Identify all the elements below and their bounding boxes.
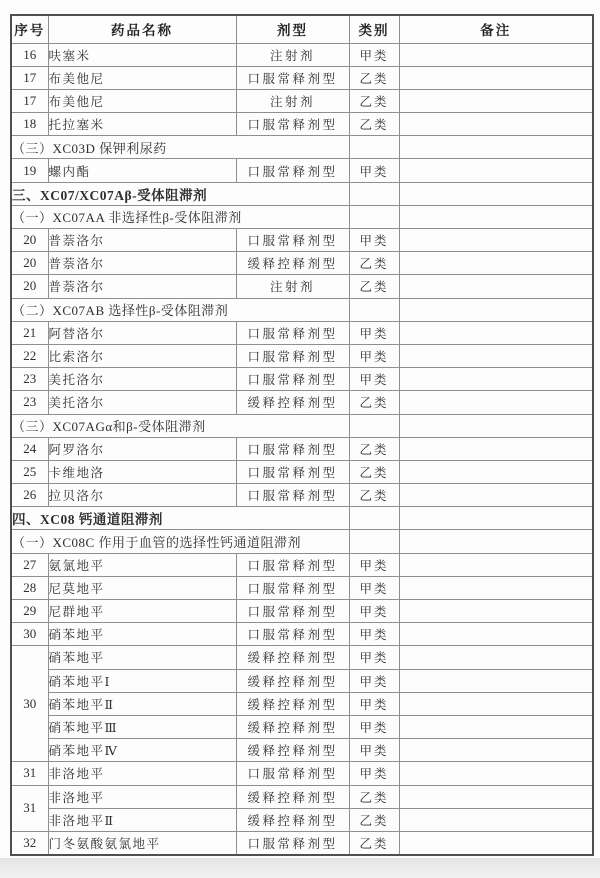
cell-dosage-form: 缓释控释剂型 <box>236 808 349 831</box>
cell-category <box>349 298 399 321</box>
cell-drug-name: 呋塞米 <box>48 43 236 66</box>
cell-remarks <box>399 391 593 414</box>
cell-remarks <box>399 89 593 112</box>
cell-drug-name: 氨氯地平 <box>48 553 236 576</box>
cell-dosage-form: 口服常释剂型 <box>236 623 349 646</box>
table-row: 31非洛地平口服常释剂型甲类 <box>11 762 593 785</box>
cell-remarks <box>399 669 593 692</box>
cell-category <box>349 182 399 205</box>
cell-serial-number: 20 <box>11 229 48 252</box>
cell-drug-name: 尼群地平 <box>48 600 236 623</box>
cell-drug-name: 阿罗洛尔 <box>48 437 236 460</box>
cell-remarks <box>399 831 593 854</box>
cell-category: 甲类 <box>349 692 399 715</box>
table-row: 29尼群地平口服常释剂型甲类 <box>11 600 593 623</box>
cell-serial-number: 29 <box>11 600 48 623</box>
section-label: 三、XC07/XC07Aβ-受体阻滞剂 <box>11 182 349 205</box>
cell-serial-number: 25 <box>11 460 48 483</box>
table-row: 20普萘洛尔缓释控释剂型乙类 <box>11 252 593 275</box>
cell-dosage-form: 口服常释剂型 <box>236 229 349 252</box>
cell-serial-number: 31 <box>11 762 48 785</box>
cell-remarks <box>399 136 593 159</box>
scan-edge-shadow <box>0 858 600 878</box>
cell-serial-number: 18 <box>11 113 48 136</box>
section-row: （一）XC07AA 非选择性β-受体阻滞剂 <box>11 205 593 228</box>
cell-category: 乙类 <box>349 275 399 298</box>
cell-drug-name: 普萘洛尔 <box>48 229 236 252</box>
cell-category <box>349 205 399 228</box>
cell-category: 甲类 <box>349 229 399 252</box>
section-row: 四、XC08 钙通道阻滞剂 <box>11 507 593 530</box>
table-row: 23美托洛尔口服常释剂型甲类 <box>11 368 593 391</box>
table-row: 硝苯地平Ⅱ缓释控释剂型甲类 <box>11 692 593 715</box>
cell-drug-name: 硝苯地平 <box>48 646 236 669</box>
cell-serial-number: 24 <box>11 437 48 460</box>
cell-dosage-form: 口服常释剂型 <box>236 344 349 367</box>
cell-remarks <box>399 553 593 576</box>
cell-dosage-form: 缓释控释剂型 <box>236 252 349 275</box>
cell-serial-number: 23 <box>11 368 48 391</box>
table-row: 硝苯地平Ⅰ缓释控释剂型甲类 <box>11 669 593 692</box>
cell-drug-name: 比索洛尔 <box>48 344 236 367</box>
cell-dosage-form: 注射剂 <box>236 43 349 66</box>
cell-dosage-form: 注射剂 <box>236 89 349 112</box>
table-row: 23美托洛尔缓释控释剂型乙类 <box>11 391 593 414</box>
table-row: 20普萘洛尔注射剂乙类 <box>11 275 593 298</box>
section-row: （二）XC07AB 选择性β-受体阻滞剂 <box>11 298 593 321</box>
cell-dosage-form: 口服常释剂型 <box>236 831 349 854</box>
cell-category: 甲类 <box>349 321 399 344</box>
cell-remarks <box>399 43 593 66</box>
cell-remarks <box>399 275 593 298</box>
cell-dosage-form: 缓释控释剂型 <box>236 391 349 414</box>
cell-dosage-form: 缓释控释剂型 <box>236 785 349 808</box>
cell-remarks <box>399 414 593 437</box>
cell-drug-name: 螺内酯 <box>48 159 236 182</box>
cell-remarks <box>399 762 593 785</box>
cell-category: 甲类 <box>349 576 399 599</box>
table-row: 32门冬氨酸氨氯地平口服常释剂型乙类 <box>11 831 593 854</box>
table-row: 16呋塞米注射剂甲类 <box>11 43 593 66</box>
table-row: 17布美他尼注射剂乙类 <box>11 89 593 112</box>
cell-dosage-form: 口服常释剂型 <box>236 553 349 576</box>
cell-drug-name: 阿替洛尔 <box>48 321 236 344</box>
drug-table: 序号 药品名称 剂型 类别 备注 16呋塞米注射剂甲类17布美他尼口服常释剂型乙… <box>10 14 594 856</box>
cell-category <box>349 136 399 159</box>
cell-remarks <box>399 344 593 367</box>
cell-remarks <box>399 739 593 762</box>
cell-category: 乙类 <box>349 252 399 275</box>
cell-remarks <box>399 484 593 507</box>
cell-remarks <box>399 321 593 344</box>
table-row: 硝苯地平Ⅳ缓释控释剂型甲类 <box>11 739 593 762</box>
cell-serial-number: 20 <box>11 252 48 275</box>
cell-serial-number: 22 <box>11 344 48 367</box>
cell-category: 甲类 <box>349 762 399 785</box>
cell-drug-name: 布美他尼 <box>48 66 236 89</box>
cell-serial-number: 26 <box>11 484 48 507</box>
table-row: 30硝苯地平缓释控释剂型甲类 <box>11 646 593 669</box>
cell-drug-name: 美托洛尔 <box>48 391 236 414</box>
table-row: 28尼莫地平口服常释剂型甲类 <box>11 576 593 599</box>
cell-dosage-form: 口服常释剂型 <box>236 484 349 507</box>
cell-category: 乙类 <box>349 460 399 483</box>
drug-table-body: 16呋塞米注射剂甲类17布美他尼口服常释剂型乙类17布美他尼注射剂乙类18托拉塞… <box>11 43 593 855</box>
cell-drug-name: 门冬氨酸氨氯地平 <box>48 831 236 854</box>
cell-serial-number: 30 <box>11 623 48 646</box>
section-label: （一）XC07AA 非选择性β-受体阻滞剂 <box>11 205 349 228</box>
cell-category: 乙类 <box>349 391 399 414</box>
table-row: 30硝苯地平口服常释剂型甲类 <box>11 623 593 646</box>
table-row: 27氨氯地平口服常释剂型甲类 <box>11 553 593 576</box>
table-row: 31非洛地平缓释控释剂型乙类 <box>11 785 593 808</box>
cell-category: 甲类 <box>349 739 399 762</box>
section-label: （二）XC07AB 选择性β-受体阻滞剂 <box>11 298 349 321</box>
cell-remarks <box>399 785 593 808</box>
cell-dosage-form: 口服常释剂型 <box>236 576 349 599</box>
cell-dosage-form: 缓释控释剂型 <box>236 739 349 762</box>
cell-dosage-form: 口服常释剂型 <box>236 762 349 785</box>
cell-drug-name: 硝苯地平Ⅱ <box>48 692 236 715</box>
cell-remarks <box>399 530 593 553</box>
table-row: 20普萘洛尔口服常释剂型甲类 <box>11 229 593 252</box>
cell-dosage-form: 缓释控释剂型 <box>236 669 349 692</box>
table-row: 18托拉塞米口服常释剂型乙类 <box>11 113 593 136</box>
section-label: （三）XC07AGα和β-受体阻滞剂 <box>11 414 349 437</box>
cell-serial-number: 30 <box>11 646 48 762</box>
cell-category: 甲类 <box>349 553 399 576</box>
cell-category: 甲类 <box>349 344 399 367</box>
document-page: 序号 药品名称 剂型 类别 备注 16呋塞米注射剂甲类17布美他尼口服常释剂型乙… <box>0 0 600 878</box>
cell-category: 甲类 <box>349 600 399 623</box>
cell-serial-number: 28 <box>11 576 48 599</box>
table-row: 24阿罗洛尔口服常释剂型乙类 <box>11 437 593 460</box>
cell-remarks <box>399 600 593 623</box>
cell-dosage-form: 口服常释剂型 <box>236 321 349 344</box>
cell-category: 乙类 <box>349 785 399 808</box>
cell-drug-name: 非洛地平 <box>48 785 236 808</box>
cell-category <box>349 507 399 530</box>
section-row: （一）XC08C 作用于血管的选择性钙通道阻滞剂 <box>11 530 593 553</box>
cell-drug-name: 硝苯地平 <box>48 623 236 646</box>
cell-remarks <box>399 368 593 391</box>
cell-serial-number: 23 <box>11 391 48 414</box>
cell-remarks <box>399 159 593 182</box>
table-row: 19螺内酯口服常释剂型甲类 <box>11 159 593 182</box>
cell-drug-name: 托拉塞米 <box>48 113 236 136</box>
cell-dosage-form: 口服常释剂型 <box>236 460 349 483</box>
cell-dosage-form: 缓释控释剂型 <box>236 646 349 669</box>
cell-dosage-form: 缓释控释剂型 <box>236 692 349 715</box>
cell-remarks <box>399 182 593 205</box>
cell-dosage-form: 口服常释剂型 <box>236 600 349 623</box>
cell-dosage-form: 口服常释剂型 <box>236 437 349 460</box>
section-row: 三、XC07/XC07Aβ-受体阻滞剂 <box>11 182 593 205</box>
cell-serial-number: 27 <box>11 553 48 576</box>
cell-category: 甲类 <box>349 43 399 66</box>
cell-category: 乙类 <box>349 831 399 854</box>
cell-category: 甲类 <box>349 715 399 738</box>
cell-drug-name: 非洛地平Ⅱ <box>48 808 236 831</box>
cell-remarks <box>399 692 593 715</box>
cell-drug-name: 尼莫地平 <box>48 576 236 599</box>
cell-remarks <box>399 205 593 228</box>
cell-category: 乙类 <box>349 66 399 89</box>
header-remarks: 备注 <box>399 15 593 43</box>
cell-remarks <box>399 576 593 599</box>
cell-dosage-form: 缓释控释剂型 <box>236 715 349 738</box>
table-row: 硝苯地平Ⅲ缓释控释剂型甲类 <box>11 715 593 738</box>
cell-category <box>349 530 399 553</box>
cell-drug-name: 非洛地平 <box>48 762 236 785</box>
cell-drug-name: 美托洛尔 <box>48 368 236 391</box>
cell-remarks <box>399 715 593 738</box>
cell-remarks <box>399 460 593 483</box>
cell-drug-name: 卡维地洛 <box>48 460 236 483</box>
header-drug-name: 药品名称 <box>48 15 236 43</box>
cell-category: 乙类 <box>349 113 399 136</box>
cell-remarks <box>399 437 593 460</box>
cell-remarks <box>399 808 593 831</box>
cell-remarks <box>399 252 593 275</box>
cell-category <box>349 414 399 437</box>
table-header-row: 序号 药品名称 剂型 类别 备注 <box>11 15 593 43</box>
cell-category: 甲类 <box>349 623 399 646</box>
cell-remarks <box>399 646 593 669</box>
cell-category: 乙类 <box>349 808 399 831</box>
cell-serial-number: 19 <box>11 159 48 182</box>
table-row: 26拉贝洛尔口服常释剂型乙类 <box>11 484 593 507</box>
cell-drug-name: 布美他尼 <box>48 89 236 112</box>
cell-dosage-form: 口服常释剂型 <box>236 159 349 182</box>
cell-drug-name: 硝苯地平Ⅳ <box>48 739 236 762</box>
cell-category: 乙类 <box>349 89 399 112</box>
cell-drug-name: 硝苯地平Ⅲ <box>48 715 236 738</box>
table-row: 17布美他尼口服常释剂型乙类 <box>11 66 593 89</box>
cell-remarks <box>399 113 593 136</box>
cell-serial-number: 17 <box>11 66 48 89</box>
cell-dosage-form: 口服常释剂型 <box>236 368 349 391</box>
header-dosage-form: 剂型 <box>236 15 349 43</box>
table-row: 25卡维地洛口服常释剂型乙类 <box>11 460 593 483</box>
section-label: （一）XC08C 作用于血管的选择性钙通道阻滞剂 <box>11 530 349 553</box>
section-row: （三）XC03D 保钾利尿药 <box>11 136 593 159</box>
header-category: 类别 <box>349 15 399 43</box>
table-row: 21阿替洛尔口服常释剂型甲类 <box>11 321 593 344</box>
cell-category: 甲类 <box>349 646 399 669</box>
cell-remarks <box>399 507 593 530</box>
cell-serial-number: 17 <box>11 89 48 112</box>
cell-serial-number: 16 <box>11 43 48 66</box>
cell-serial-number: 31 <box>11 785 48 831</box>
section-label: 四、XC08 钙通道阻滞剂 <box>11 507 349 530</box>
cell-remarks <box>399 298 593 321</box>
cell-remarks <box>399 623 593 646</box>
cell-drug-name: 普萘洛尔 <box>48 252 236 275</box>
cell-remarks <box>399 229 593 252</box>
cell-serial-number: 32 <box>11 831 48 854</box>
cell-category: 甲类 <box>349 368 399 391</box>
cell-serial-number: 20 <box>11 275 48 298</box>
cell-dosage-form: 口服常释剂型 <box>236 66 349 89</box>
cell-category: 甲类 <box>349 159 399 182</box>
cell-dosage-form: 注射剂 <box>236 275 349 298</box>
cell-category: 甲类 <box>349 669 399 692</box>
section-row: （三）XC07AGα和β-受体阻滞剂 <box>11 414 593 437</box>
cell-remarks <box>399 66 593 89</box>
table-row: 非洛地平Ⅱ缓释控释剂型乙类 <box>11 808 593 831</box>
cell-category: 乙类 <box>349 484 399 507</box>
table-row: 22比索洛尔口服常释剂型甲类 <box>11 344 593 367</box>
cell-category: 乙类 <box>349 437 399 460</box>
cell-drug-name: 硝苯地平Ⅰ <box>48 669 236 692</box>
section-label: （三）XC03D 保钾利尿药 <box>11 136 349 159</box>
cell-drug-name: 拉贝洛尔 <box>48 484 236 507</box>
header-serial-number: 序号 <box>11 15 48 43</box>
cell-drug-name: 普萘洛尔 <box>48 275 236 298</box>
cell-dosage-form: 口服常释剂型 <box>236 113 349 136</box>
cell-serial-number: 21 <box>11 321 48 344</box>
